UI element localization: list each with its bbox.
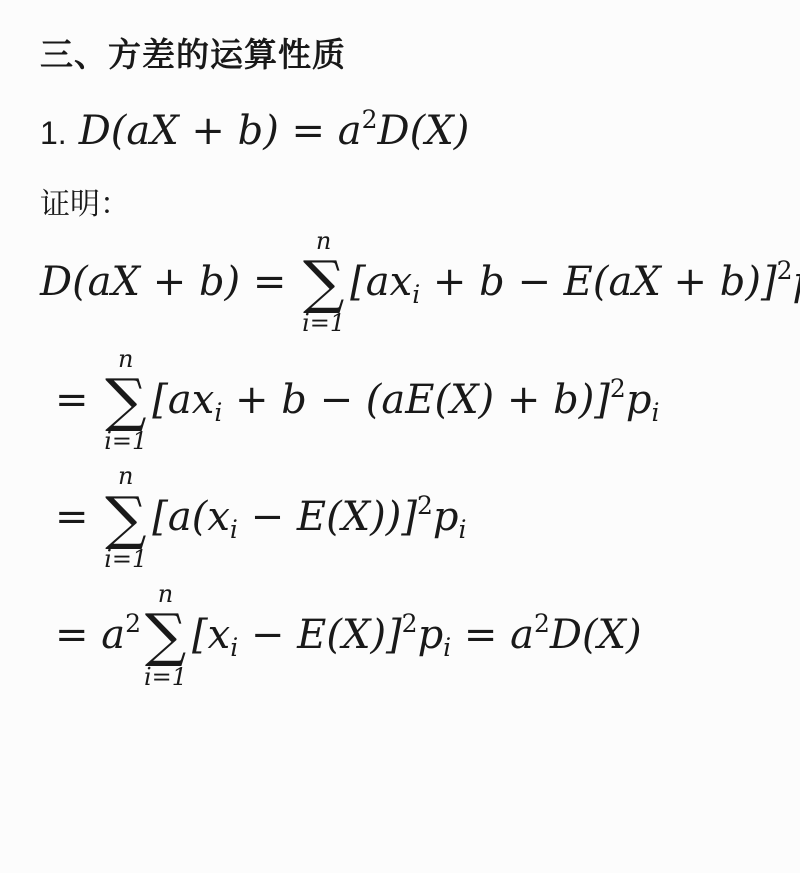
sum-lower-limit: i=1 <box>144 665 187 690</box>
sum-operator: n∑i=1 <box>144 582 187 690</box>
math-text: + b − E(aX + b)] <box>420 259 776 305</box>
math-text: [x <box>192 612 230 658</box>
proof-step-2: = n∑i=1[axi + b − (aE(X) + b)]2pi <box>40 349 768 457</box>
sigma-symbol: ∑ <box>105 372 146 429</box>
sigma-symbol: ∑ <box>145 607 186 664</box>
sigma-symbol: ∑ <box>303 254 344 311</box>
superscript: 2 <box>417 491 433 520</box>
math-text: = <box>55 377 101 423</box>
math-text: p <box>418 612 444 658</box>
superscript: 2 <box>402 609 418 638</box>
math-text: D(aX + b) = a <box>79 108 362 154</box>
proof-step-4: = a2n∑i=1[xi − E(X)]2pi = a2D(X) <box>40 584 768 692</box>
sum-operator: n∑i=1 <box>104 464 147 572</box>
math-text: [ax <box>350 259 412 305</box>
math-text: [ax <box>152 377 214 423</box>
property-1-number: 1. <box>40 115 67 152</box>
math-text: p <box>626 377 652 423</box>
sum-operator: n∑i=1 <box>302 229 345 337</box>
math-text: = a <box>55 612 125 658</box>
math-text: D(X) <box>378 108 470 154</box>
superscript: 2 <box>362 105 378 134</box>
sum-lower-limit: i=1 <box>104 547 147 572</box>
section-heading: 三、方差的运算性质 <box>40 36 768 74</box>
math-text: = a <box>451 612 534 658</box>
subscript: i <box>230 515 238 544</box>
superscript: 2 <box>125 609 141 638</box>
math-text: [a(x <box>152 494 230 540</box>
math-text: p <box>792 259 800 305</box>
property-1-line: 1. D(aX + b) = a2D(X) <box>40 106 768 153</box>
math-text: p <box>433 494 459 540</box>
document-page: 三、方差的运算性质 1. D(aX + b) = a2D(X) 证明： D(aX… <box>0 0 800 873</box>
superscript: 2 <box>610 374 626 403</box>
math-text: + b − (aE(X) + b)] <box>222 377 610 423</box>
proof-step-1: D(aX + b) = n∑i=1[axi + b − E(aX + b)]2p… <box>40 231 768 339</box>
proof-step-3: = n∑i=1[a(xi − E(X))]2pi <box>40 466 768 574</box>
subscript: i <box>458 515 466 544</box>
subscript: i <box>651 398 659 427</box>
sigma-symbol: ∑ <box>105 490 146 547</box>
subscript: i <box>412 280 420 309</box>
math-text: D(X) <box>550 612 642 658</box>
math-text: − E(X)] <box>238 612 401 658</box>
sum-operator: n∑i=1 <box>104 347 147 455</box>
sum-lower-limit: i=1 <box>302 311 345 336</box>
math-text: = <box>55 494 101 540</box>
subscript: i <box>443 633 451 662</box>
superscript: 2 <box>534 609 550 638</box>
superscript: 2 <box>777 256 793 285</box>
proof-label: 证明： <box>40 179 768 223</box>
property-1-formula: D(aX + b) = a2D(X) <box>79 106 470 153</box>
math-text: D(aX + b) = <box>40 259 299 305</box>
math-text: − E(X))] <box>238 494 417 540</box>
sum-lower-limit: i=1 <box>104 429 147 454</box>
